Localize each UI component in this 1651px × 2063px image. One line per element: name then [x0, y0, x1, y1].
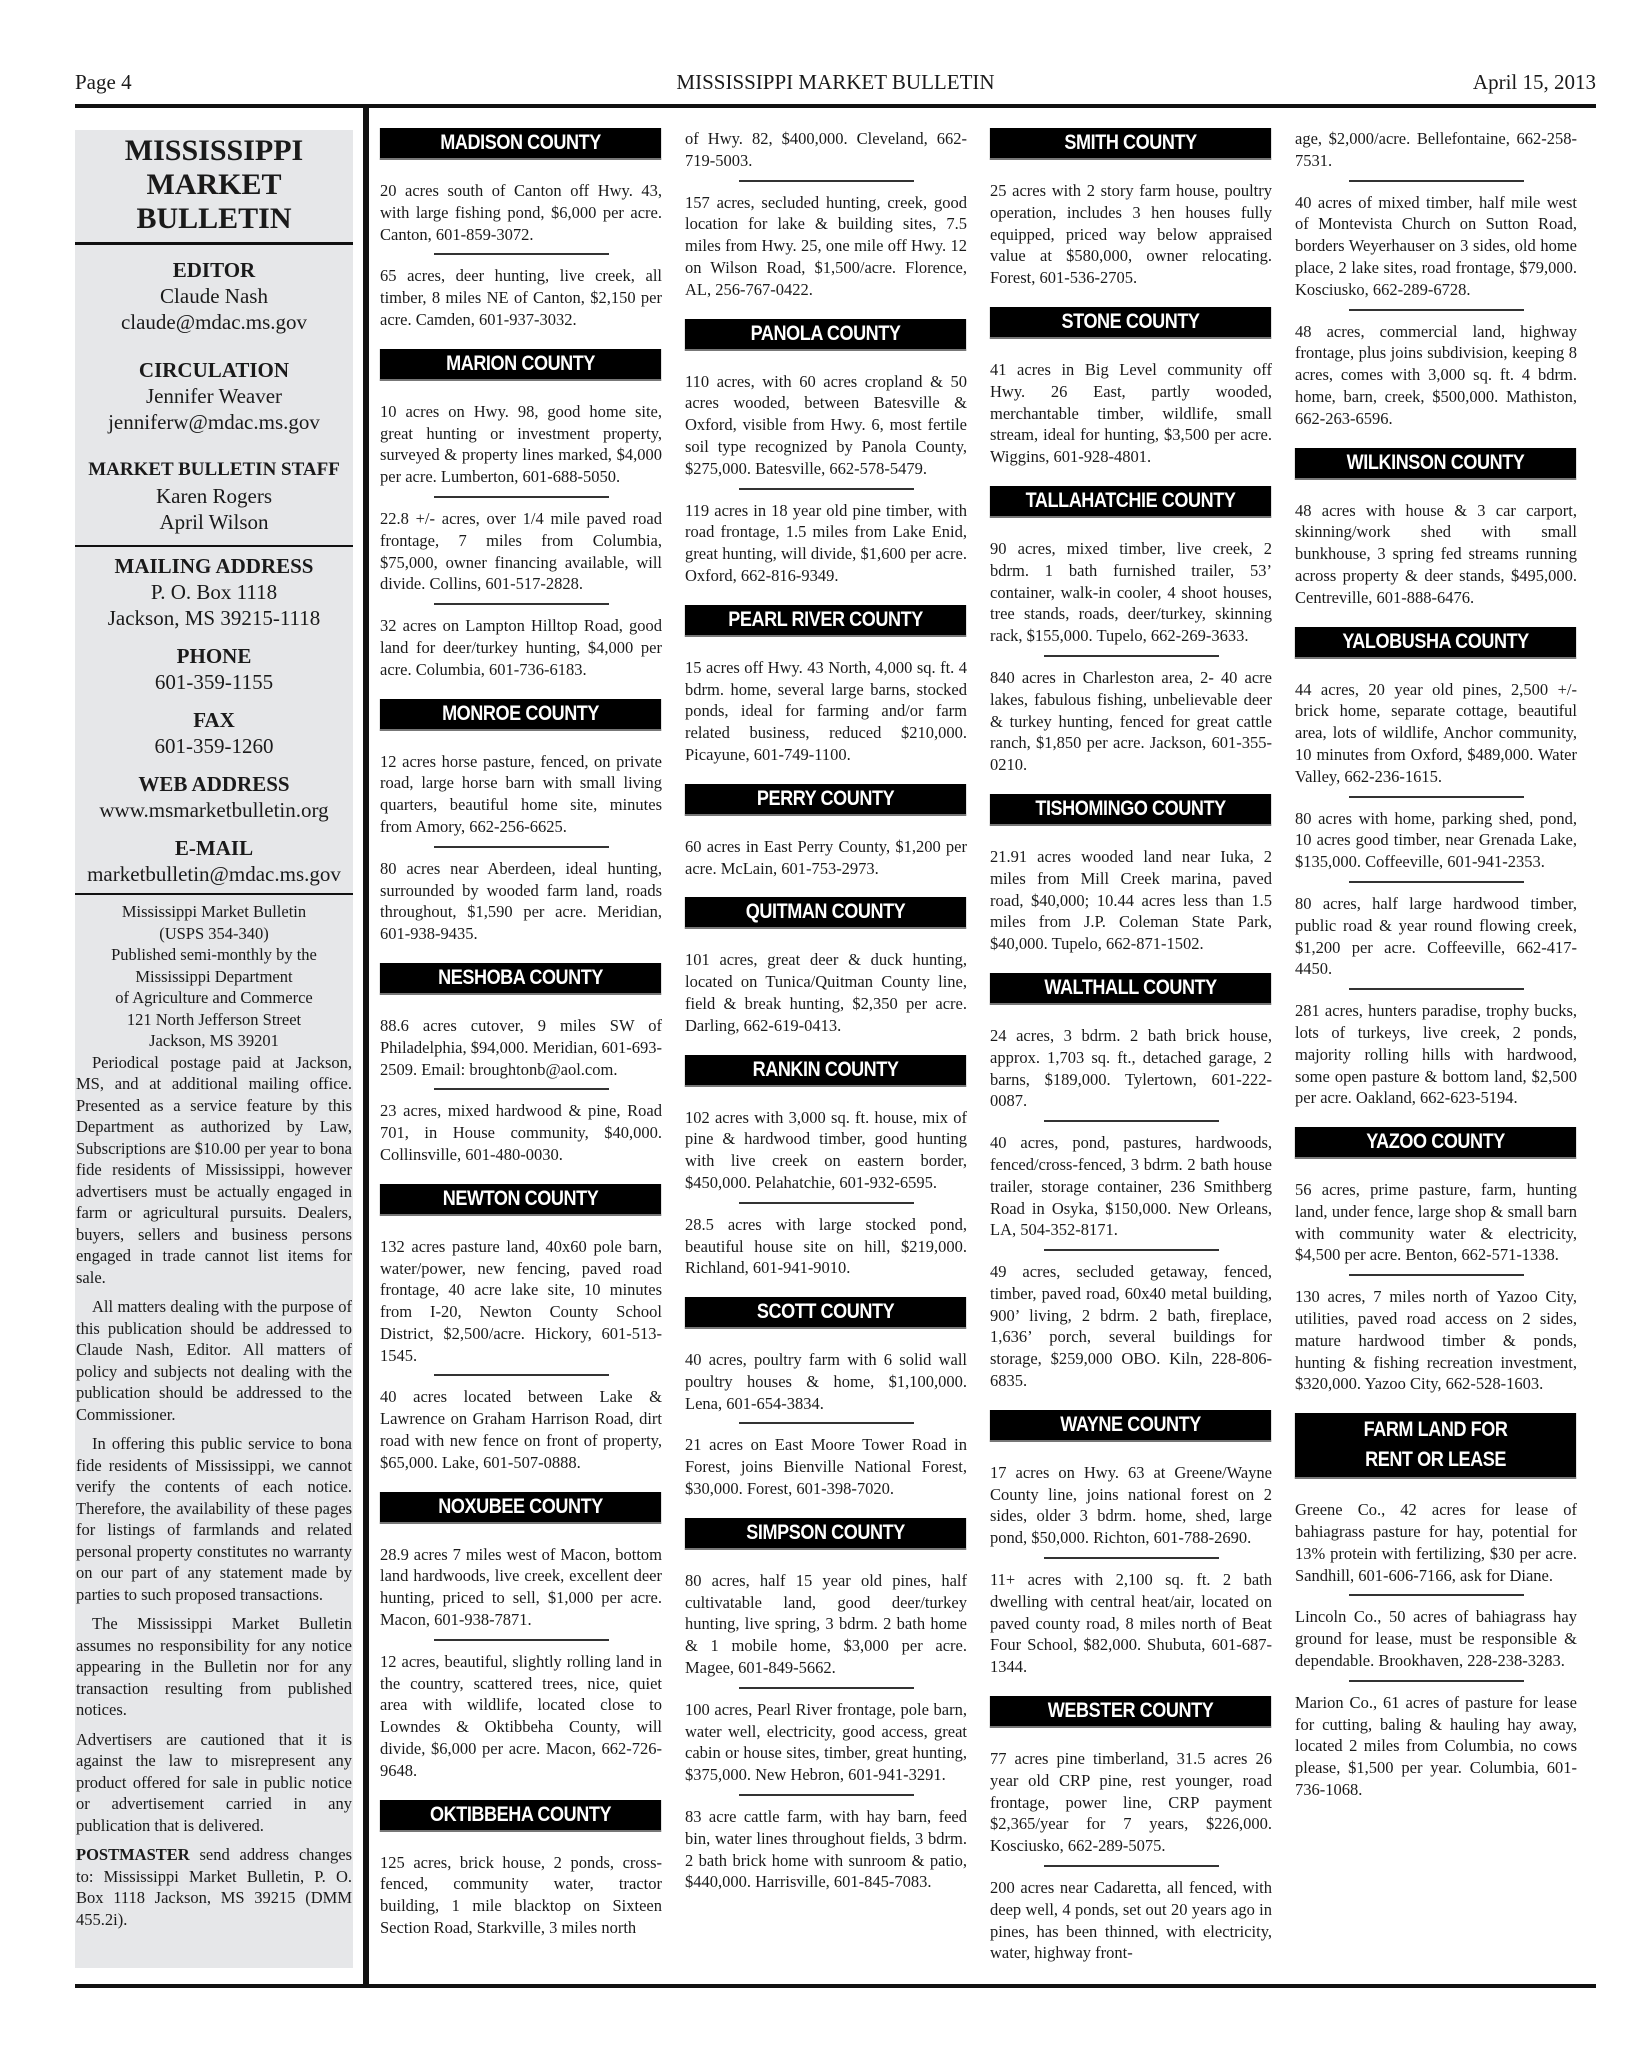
- listing-item: 102 acres with 3,000 sq. ft. house, mix …: [685, 1107, 967, 1194]
- listing-item: 10 acres on Hwy. 98, good home site, gre…: [380, 401, 662, 488]
- listings-column-2: of Hwy. 82, $400,000. Cleveland, 662-719…: [685, 128, 967, 1893]
- county-heading: SCOTT COUNTY: [685, 1297, 966, 1329]
- county-heading: WEBSTER COUNTY: [990, 1696, 1271, 1728]
- listing-separator: [739, 1794, 914, 1796]
- pub-line: Published semi-monthly by the: [76, 944, 352, 966]
- bottom-rule: [75, 1984, 1596, 1988]
- county-heading: QUITMAN COUNTY: [685, 897, 966, 929]
- staff-name: Karen Rogers: [75, 483, 353, 509]
- masthead-line: MARKET BULLETIN: [75, 168, 353, 236]
- county-heading: MADISON COUNTY: [380, 128, 661, 160]
- circulation-heading: CIRCULATION: [75, 357, 353, 383]
- fax-value: 601-359-1260: [75, 733, 353, 759]
- county-heading: SIMPSON COUNTY: [685, 1518, 966, 1550]
- listing-item: 15 acres off Hwy. 43 North, 4,000 sq. ft…: [685, 657, 967, 766]
- listing-item: 101 acres, great deer & duck hunting, lo…: [685, 949, 967, 1036]
- listing-item: 48 acres, commercial land, highway front…: [1295, 321, 1577, 430]
- listing-item: 80 acres with home, parking shed, pond, …: [1295, 808, 1577, 873]
- phone-heading: PHONE: [75, 643, 353, 669]
- contact-block: MAILING ADDRESS P. O. Box 1118 Jackson, …: [75, 547, 353, 895]
- listing-item: 40 acres of mixed timber, half mile west…: [1295, 192, 1577, 301]
- county-heading: MONROE COUNTY: [380, 699, 661, 731]
- listing-separator: [1349, 309, 1524, 311]
- listing-item: 60 acres in East Perry County, $1,200 pe…: [685, 836, 967, 880]
- masthead-title: MISSISSIPPI MARKET BULLETIN: [75, 130, 353, 245]
- staff-name: April Wilson: [75, 509, 353, 535]
- legal-paragraph: In offering this public service to bona …: [76, 1433, 352, 1605]
- listing-item: 80 acres near Aberdeen, ideal hunting, s…: [380, 858, 662, 945]
- listing-item: 40 acres, pond, pastures, hardwoods, fen…: [990, 1132, 1272, 1241]
- listing-item: 12 acres horse pasture, fenced, on priva…: [380, 751, 662, 838]
- listing-separator: [1044, 1249, 1219, 1251]
- publication-title: MISSISSIPPI MARKET BULLETIN: [75, 70, 1596, 95]
- county-heading: STONE COUNTY: [990, 307, 1271, 339]
- listing-separator: [1349, 1680, 1524, 1682]
- email-link[interactable]: marketbulletin@mdac.ms.gov: [75, 861, 353, 887]
- fax-heading: FAX: [75, 707, 353, 733]
- listing-item: 12 acres, beautiful, slightly rolling la…: [380, 1651, 662, 1782]
- listing-item: 48 acres with house & 3 car carport, ski…: [1295, 500, 1577, 609]
- county-heading: TALLAHATCHIE COUNTY: [990, 486, 1271, 518]
- staff-block: EDITOR Claude Nash claude@mdac.ms.gov CI…: [75, 245, 353, 547]
- pub-line: Mississippi Market Bulletin: [76, 901, 352, 923]
- listing-item: 83 acre cattle farm, with hay barn, feed…: [685, 1806, 967, 1893]
- listing-item: 110 acres, with 60 acres cropland & 50 a…: [685, 371, 967, 480]
- masthead-sidebar: MISSISSIPPI MARKET BULLETIN EDITOR Claud…: [75, 130, 353, 1968]
- pub-line: of Agriculture and Commerce: [76, 987, 352, 1009]
- pub-line: Jackson, MS 39201: [76, 1030, 352, 1052]
- listing-separator: [739, 1687, 914, 1689]
- listing-separator: [434, 846, 609, 848]
- listings-column-4: age, $2,000/acre. Bellefontaine, 662-258…: [1295, 128, 1577, 1801]
- email-heading: E-MAIL: [75, 835, 353, 861]
- listing-item: 119 acres in 18 year old pine timber, wi…: [685, 500, 967, 587]
- listing-separator: [1349, 1594, 1524, 1596]
- listing-item: 281 acres, hunters paradise, trophy buck…: [1295, 1000, 1577, 1109]
- county-heading: WALTHALL COUNTY: [990, 973, 1271, 1005]
- listing-separator: [434, 496, 609, 498]
- listing-separator: [739, 1202, 914, 1204]
- county-heading: MARION COUNTY: [380, 349, 661, 381]
- listing-item: 65 acres, deer hunting, live creek, all …: [380, 265, 662, 330]
- editor-heading: EDITOR: [75, 257, 353, 283]
- listing-separator: [1044, 1557, 1219, 1559]
- listing-separator: [434, 1088, 609, 1090]
- listing-item: 20 acres south of Canton off Hwy. 43, wi…: [380, 180, 662, 245]
- listing-item: 28.9 acres 7 miles west of Macon, bottom…: [380, 1544, 662, 1631]
- postmaster-notice: POSTMASTER send address changes to: Miss…: [76, 1844, 352, 1930]
- listing-separator: [434, 253, 609, 255]
- masthead-line: MISSISSIPPI: [75, 134, 353, 168]
- listing-item: 28.5 acres with large stocked pond, beau…: [685, 1214, 967, 1279]
- legal-paragraph: Advertisers are cautioned that it is aga…: [76, 1729, 352, 1837]
- listing-item: 25 acres with 2 story farm house, poultr…: [990, 180, 1272, 289]
- listing-item: 17 acres on Hwy. 63 at Greene/Wayne Coun…: [990, 1462, 1272, 1549]
- listing-item: 80 acres, half 15 year old pines, half c…: [685, 1570, 967, 1679]
- county-heading: NESHOBA COUNTY: [380, 963, 661, 995]
- listing-item: 125 acres, brick house, 2 ponds, cross-f…: [380, 1852, 662, 1939]
- listing-item: Greene Co., 42 acres for lease of bahiag…: [1295, 1499, 1577, 1586]
- listing-item: 21.91 acres wooded land near Iuka, 2 mil…: [990, 846, 1272, 955]
- listing-item: Lincoln Co., 50 acres of bahiagrass hay …: [1295, 1606, 1577, 1671]
- staff-heading: MARKET BULLETIN STAFF: [75, 457, 353, 483]
- mailing-line: Jackson, MS 39215-1118: [75, 605, 353, 631]
- listing-item: 840 acres in Charleston area, 2- 40 acre…: [990, 667, 1272, 776]
- county-heading-line: RENT OR LEASE: [1295, 1445, 1576, 1475]
- county-heading: YAZOO COUNTY: [1295, 1127, 1576, 1159]
- listings-column-1: MADISON COUNTY20 acres south of Canton o…: [380, 128, 662, 1939]
- listing-item: 44 acres, 20 year old pines, 2,500 +/- b…: [1295, 679, 1577, 788]
- listing-item: 88.6 acres cutover, 9 miles SW of Philad…: [380, 1015, 662, 1080]
- pub-line: (USPS 354-340): [76, 923, 352, 945]
- listing-item: 21 acres on East Moore Tower Road in For…: [685, 1434, 967, 1499]
- county-heading: PEARL RIVER COUNTY: [685, 605, 966, 637]
- listing-item: 100 acres, Pearl River frontage, pole ba…: [685, 1699, 967, 1786]
- listing-separator: [434, 1639, 609, 1641]
- listing-separator: [1349, 796, 1524, 798]
- issue-date: April 15, 2013: [1473, 70, 1596, 95]
- county-heading: FARM LAND FORRENT OR LEASE: [1295, 1413, 1576, 1479]
- listing-item: 11+ acres with 2,100 sq. ft. 2 bath dwel…: [990, 1569, 1272, 1678]
- listing-item: 22.8 +/- acres, over 1/4 mile paved road…: [380, 508, 662, 595]
- listing-separator: [1044, 655, 1219, 657]
- listing-item: 200 acres near Cadaretta, all fenced, wi…: [990, 1877, 1272, 1964]
- publication-info: Mississippi Market Bulletin (USPS 354-34…: [75, 895, 353, 1052]
- county-heading: WAYNE COUNTY: [990, 1410, 1271, 1442]
- legal-notices: Periodical postage paid at Jackson, MS, …: [75, 1052, 353, 1931]
- listing-item: of Hwy. 82, $400,000. Cleveland, 662-719…: [685, 128, 967, 172]
- listings-column-3: SMITH COUNTY25 acres with 2 story farm h…: [990, 128, 1272, 1964]
- editor-name: Claude Nash: [75, 283, 353, 309]
- listing-item: 90 acres, mixed timber, live creek, 2 bd…: [990, 538, 1272, 647]
- county-heading: NEWTON COUNTY: [380, 1184, 661, 1216]
- county-heading: WILKINSON COUNTY: [1295, 448, 1576, 480]
- listing-separator: [1349, 988, 1524, 990]
- postmaster-label: POSTMASTER: [76, 1845, 190, 1864]
- listing-item: 41 acres in Big Level community off Hwy.…: [990, 359, 1272, 468]
- web-heading: WEB ADDRESS: [75, 771, 353, 797]
- sidebar-divider: [363, 108, 369, 1984]
- county-heading: OKTIBBEHA COUNTY: [380, 1800, 661, 1832]
- listing-item: Marion Co., 61 acres of pasture for leas…: [1295, 1692, 1577, 1801]
- listing-item: 77 acres pine timberland, 31.5 acres 26 …: [990, 1748, 1272, 1857]
- listing-item: 56 acres, prime pasture, farm, hunting l…: [1295, 1179, 1577, 1266]
- county-heading: PERRY COUNTY: [685, 784, 966, 816]
- county-heading: NOXUBEE COUNTY: [380, 1492, 661, 1524]
- listing-separator: [739, 1422, 914, 1424]
- mailing-line: P. O. Box 1118: [75, 579, 353, 605]
- phone-value: 601-359-1155: [75, 669, 353, 695]
- listing-separator: [1349, 881, 1524, 883]
- listing-separator: [739, 488, 914, 490]
- listing-item: 130 acres, 7 miles north of Yazoo City, …: [1295, 1286, 1577, 1395]
- circulation-email[interactable]: jenniferw@mdac.ms.gov: [75, 409, 353, 435]
- listing-item: 32 acres on Lampton Hilltop Road, good l…: [380, 615, 662, 680]
- listing-item: 40 acres located between Lake & Lawrence…: [380, 1386, 662, 1473]
- listing-item: age, $2,000/acre. Bellefontaine, 662-258…: [1295, 128, 1577, 172]
- county-heading: PANOLA COUNTY: [685, 319, 966, 351]
- listing-item: 80 acres, half large hardwood timber, pu…: [1295, 893, 1577, 980]
- listing-item: 23 acres, mixed hardwood & pine, Road 70…: [380, 1100, 662, 1165]
- mailing-heading: MAILING ADDRESS: [75, 553, 353, 579]
- pub-line: Mississippi Department: [76, 966, 352, 988]
- listing-separator: [1349, 1274, 1524, 1276]
- pub-line: 121 North Jefferson Street: [76, 1009, 352, 1031]
- county-heading: RANKIN COUNTY: [685, 1055, 966, 1087]
- county-heading: YALOBUSHA COUNTY: [1295, 627, 1576, 659]
- circulation-name: Jennifer Weaver: [75, 383, 353, 409]
- county-heading: SMITH COUNTY: [990, 128, 1271, 160]
- county-heading: TISHOMINGO COUNTY: [990, 794, 1271, 826]
- web-link[interactable]: www.msmarketbulletin.org: [75, 797, 353, 823]
- listing-separator: [434, 603, 609, 605]
- listing-item: 132 acres pasture land, 40x60 pole barn,…: [380, 1236, 662, 1367]
- listing-separator: [739, 180, 914, 182]
- editor-email[interactable]: claude@mdac.ms.gov: [75, 309, 353, 335]
- listing-separator: [1044, 1120, 1219, 1122]
- listing-separator: [434, 1374, 609, 1376]
- listing-item: 157 acres, secluded hunting, creek, good…: [685, 192, 967, 301]
- legal-paragraph: All matters dealing with the purpose of …: [76, 1296, 352, 1425]
- listing-separator: [1044, 1865, 1219, 1867]
- listing-item: 40 acres, poultry farm with 6 solid wall…: [685, 1349, 967, 1414]
- listing-separator: [1349, 180, 1524, 182]
- listing-item: 49 acres, secluded getaway, fenced, timb…: [990, 1261, 1272, 1392]
- legal-paragraph: Periodical postage paid at Jackson, MS, …: [76, 1052, 352, 1289]
- page-header: Page 4 MISSISSIPPI MARKET BULLETIN April…: [75, 70, 1596, 100]
- listing-item: 24 acres, 3 bdrm. 2 bath brick house, ap…: [990, 1025, 1272, 1112]
- legal-paragraph: The Mississippi Market Bulletin assumes …: [76, 1613, 352, 1721]
- county-heading-line: FARM LAND FOR: [1295, 1415, 1576, 1445]
- top-rule: [75, 104, 1596, 108]
